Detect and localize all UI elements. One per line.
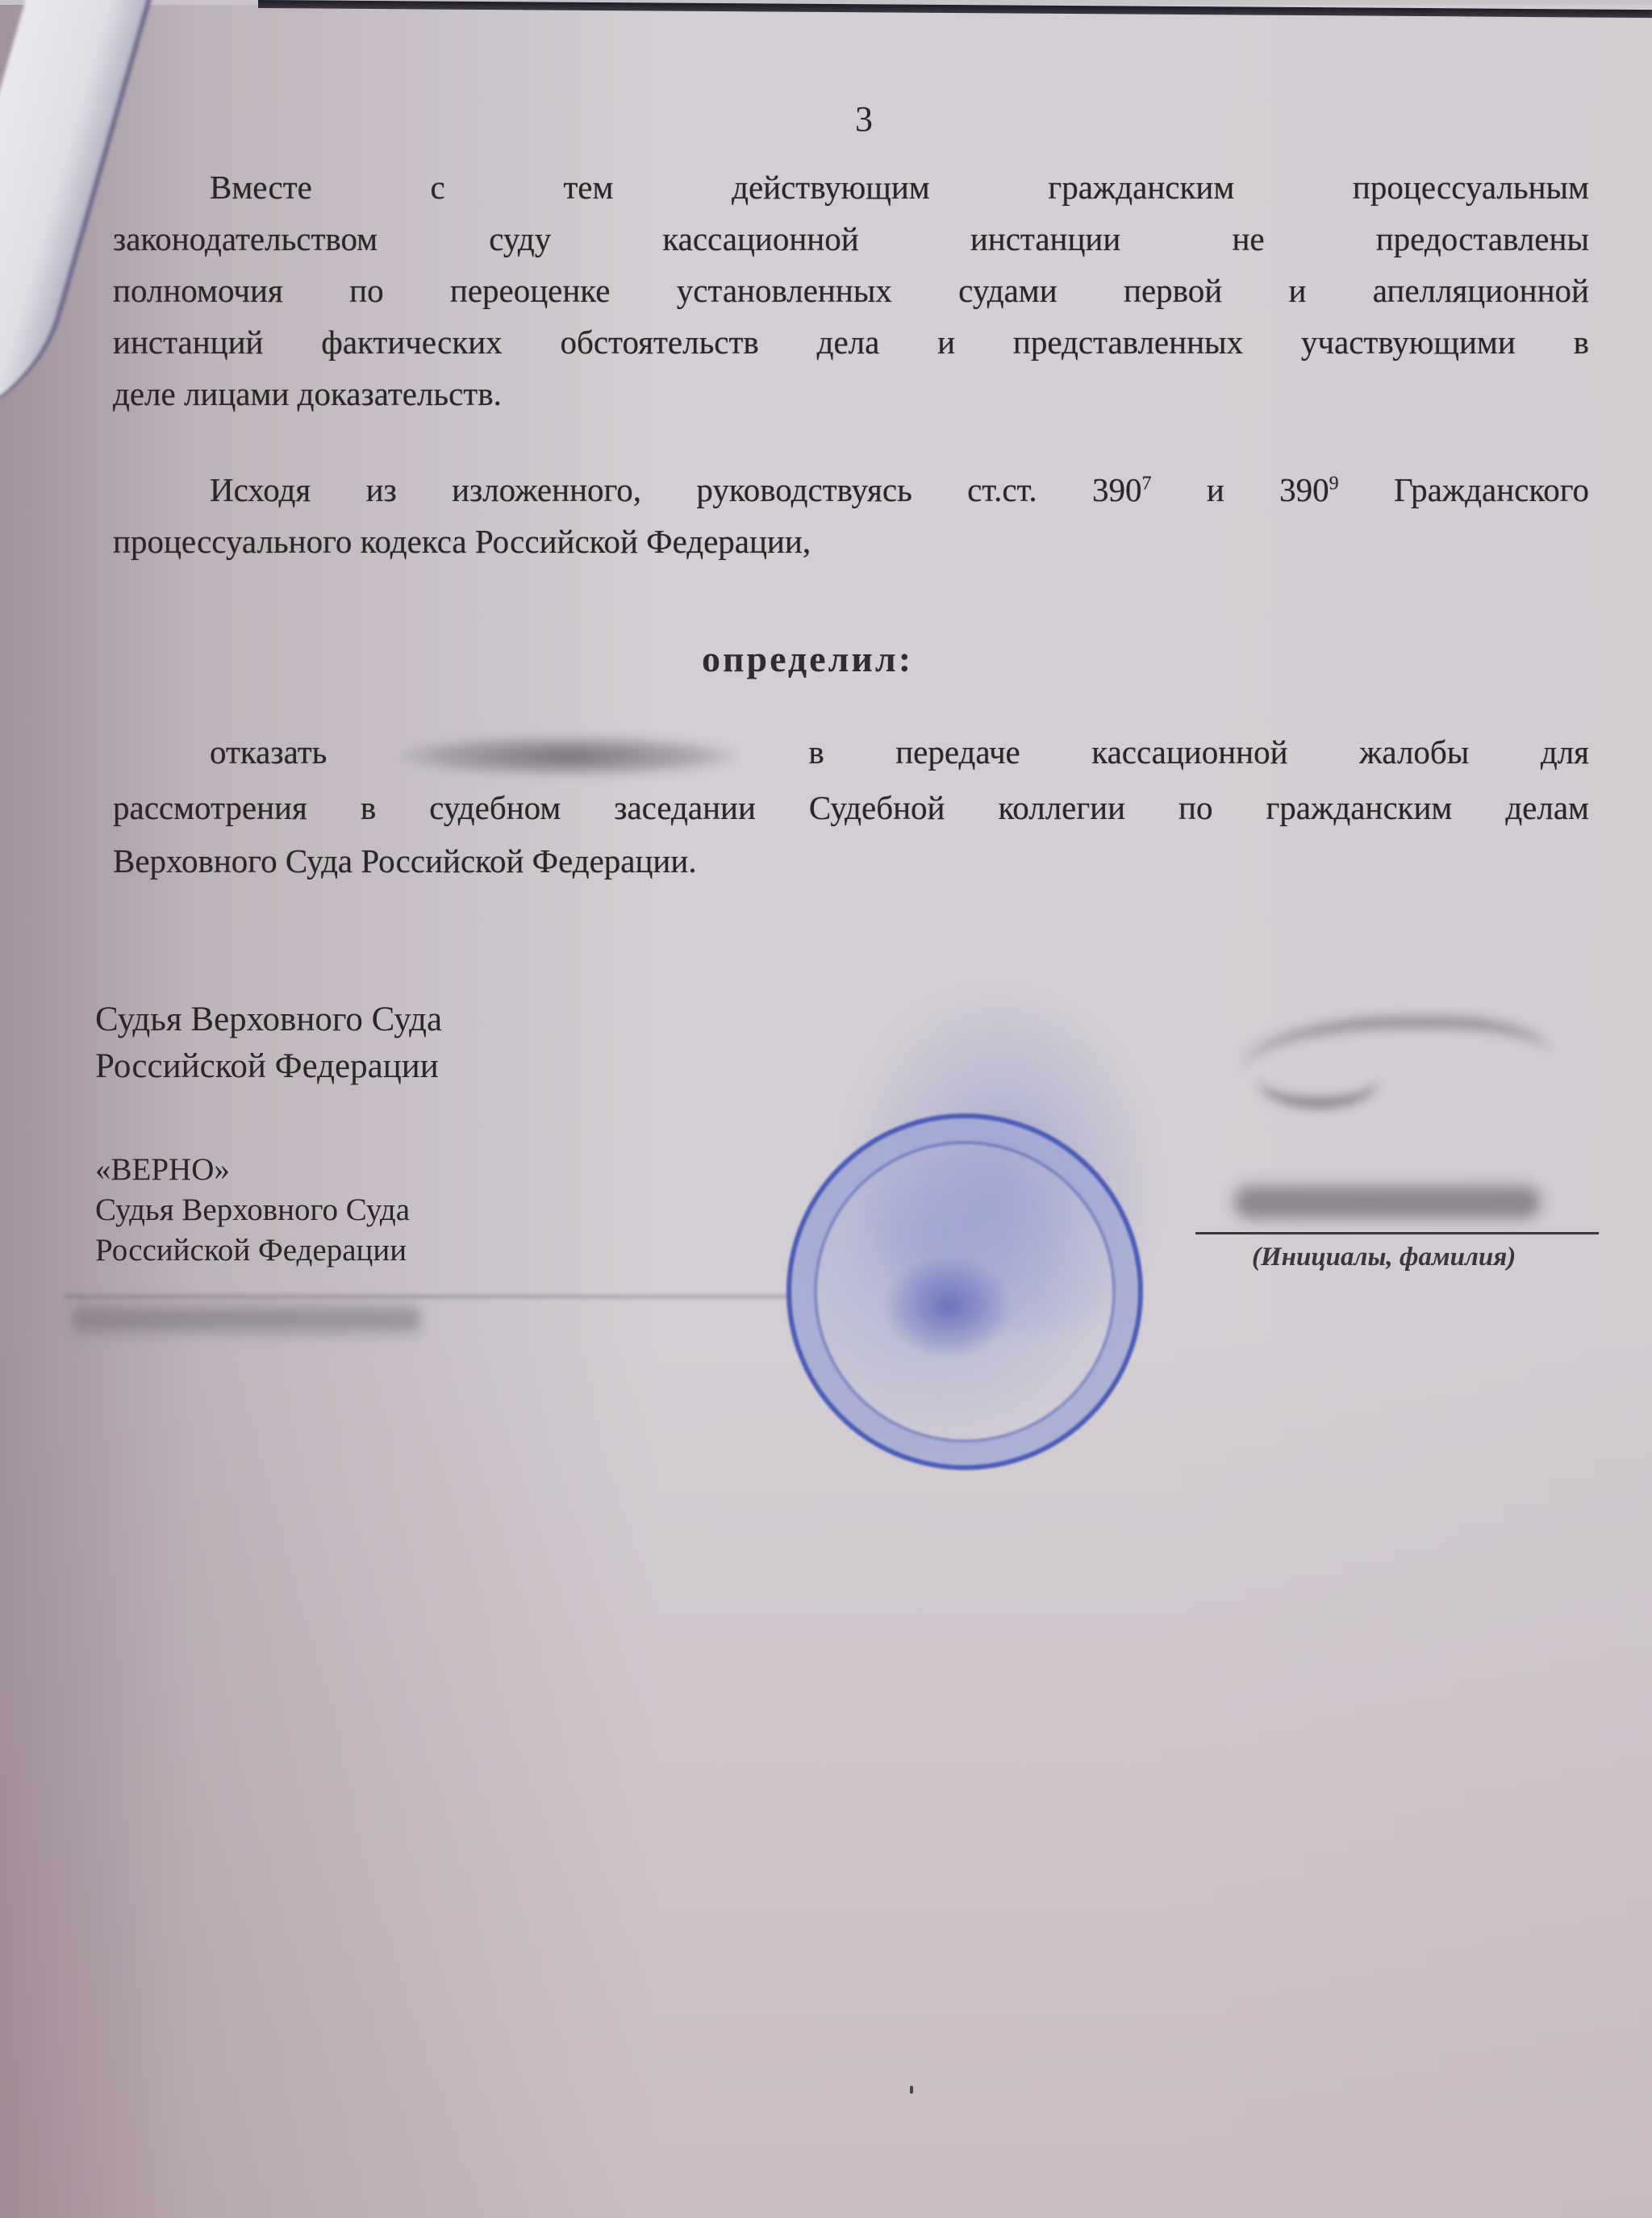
judge-title-line: Российской Федерации [95, 1043, 442, 1090]
article-superscript: 9 [1329, 473, 1339, 494]
paragraph-line: полномочия по переоценке установленных с… [113, 269, 1589, 312]
paragraph-line: рассмотрения в судебном заседании Судебн… [113, 786, 1589, 829]
decision-text: в передаче кассационной жалобы для [808, 733, 1589, 771]
legal-basis-text: Гражданского [1339, 471, 1589, 508]
article-superscript: 7 [1142, 473, 1152, 494]
redacted-party-name [398, 736, 737, 776]
certifier-title-line: Российской Федерации [95, 1230, 410, 1271]
coat-of-arms-icon [887, 1259, 1008, 1355]
legal-basis-text: и 390 [1152, 471, 1329, 508]
paragraph-line: инстанций фактических обстоятельств дела… [113, 320, 1589, 364]
signature-caption: (Инициалы, фамилия) [1252, 1243, 1516, 1272]
paragraph-line: Исходя из изложенного, руководствуясь ст… [113, 468, 1589, 512]
signature-line [1195, 1232, 1599, 1234]
document-photo: 3 Вместе с тем действующим гражданским п… [0, 0, 1652, 2218]
decision-verb: отказать [210, 733, 327, 771]
redacted-certifier-name [73, 1299, 419, 1339]
certification-block: «ВЕРНО» Судья Верховного Суда Российской… [95, 1150, 410, 1271]
judge-title-line: Судья Верховного Суда [95, 996, 442, 1043]
legal-basis-text: Исходя из изложенного, руководствуясь ст… [210, 471, 1142, 508]
paper-speck [910, 2086, 913, 2094]
paragraph-line: деле лицами доказательств. [113, 372, 1589, 416]
paragraph-line: процессуального кодекса Российской Федер… [113, 520, 1589, 563]
page-number: 3 [855, 98, 873, 140]
paragraph-line: Вместе с тем действующим гражданским про… [113, 165, 1589, 209]
paragraph-cassation-powers: Вместе с тем действующим гражданским про… [113, 165, 1589, 416]
paragraph-decision: отказать в передаче кассационной жалобы … [113, 730, 1589, 883]
paragraph-legal-basis: Исходя из изложенного, руководствуясь ст… [113, 468, 1589, 563]
paragraph-line: Верховного Суда Российской Федерации. [113, 839, 1589, 883]
signature-redacted [1258, 1049, 1379, 1109]
paper-crease [65, 1295, 791, 1298]
paragraph-line: законодательством суду кассационной инст… [113, 217, 1589, 261]
redacted-judge-name [1234, 1186, 1541, 1218]
paragraph-line: отказать в передаче кассационной жалобы … [113, 730, 1589, 776]
certified-mark: «ВЕРНО» [95, 1150, 410, 1190]
judge-title: Судья Верховного Суда Российской Федерац… [95, 996, 442, 1090]
decision-heading: определил: [702, 637, 913, 680]
certifier-title-line: Судья Верховного Суда [95, 1190, 410, 1230]
